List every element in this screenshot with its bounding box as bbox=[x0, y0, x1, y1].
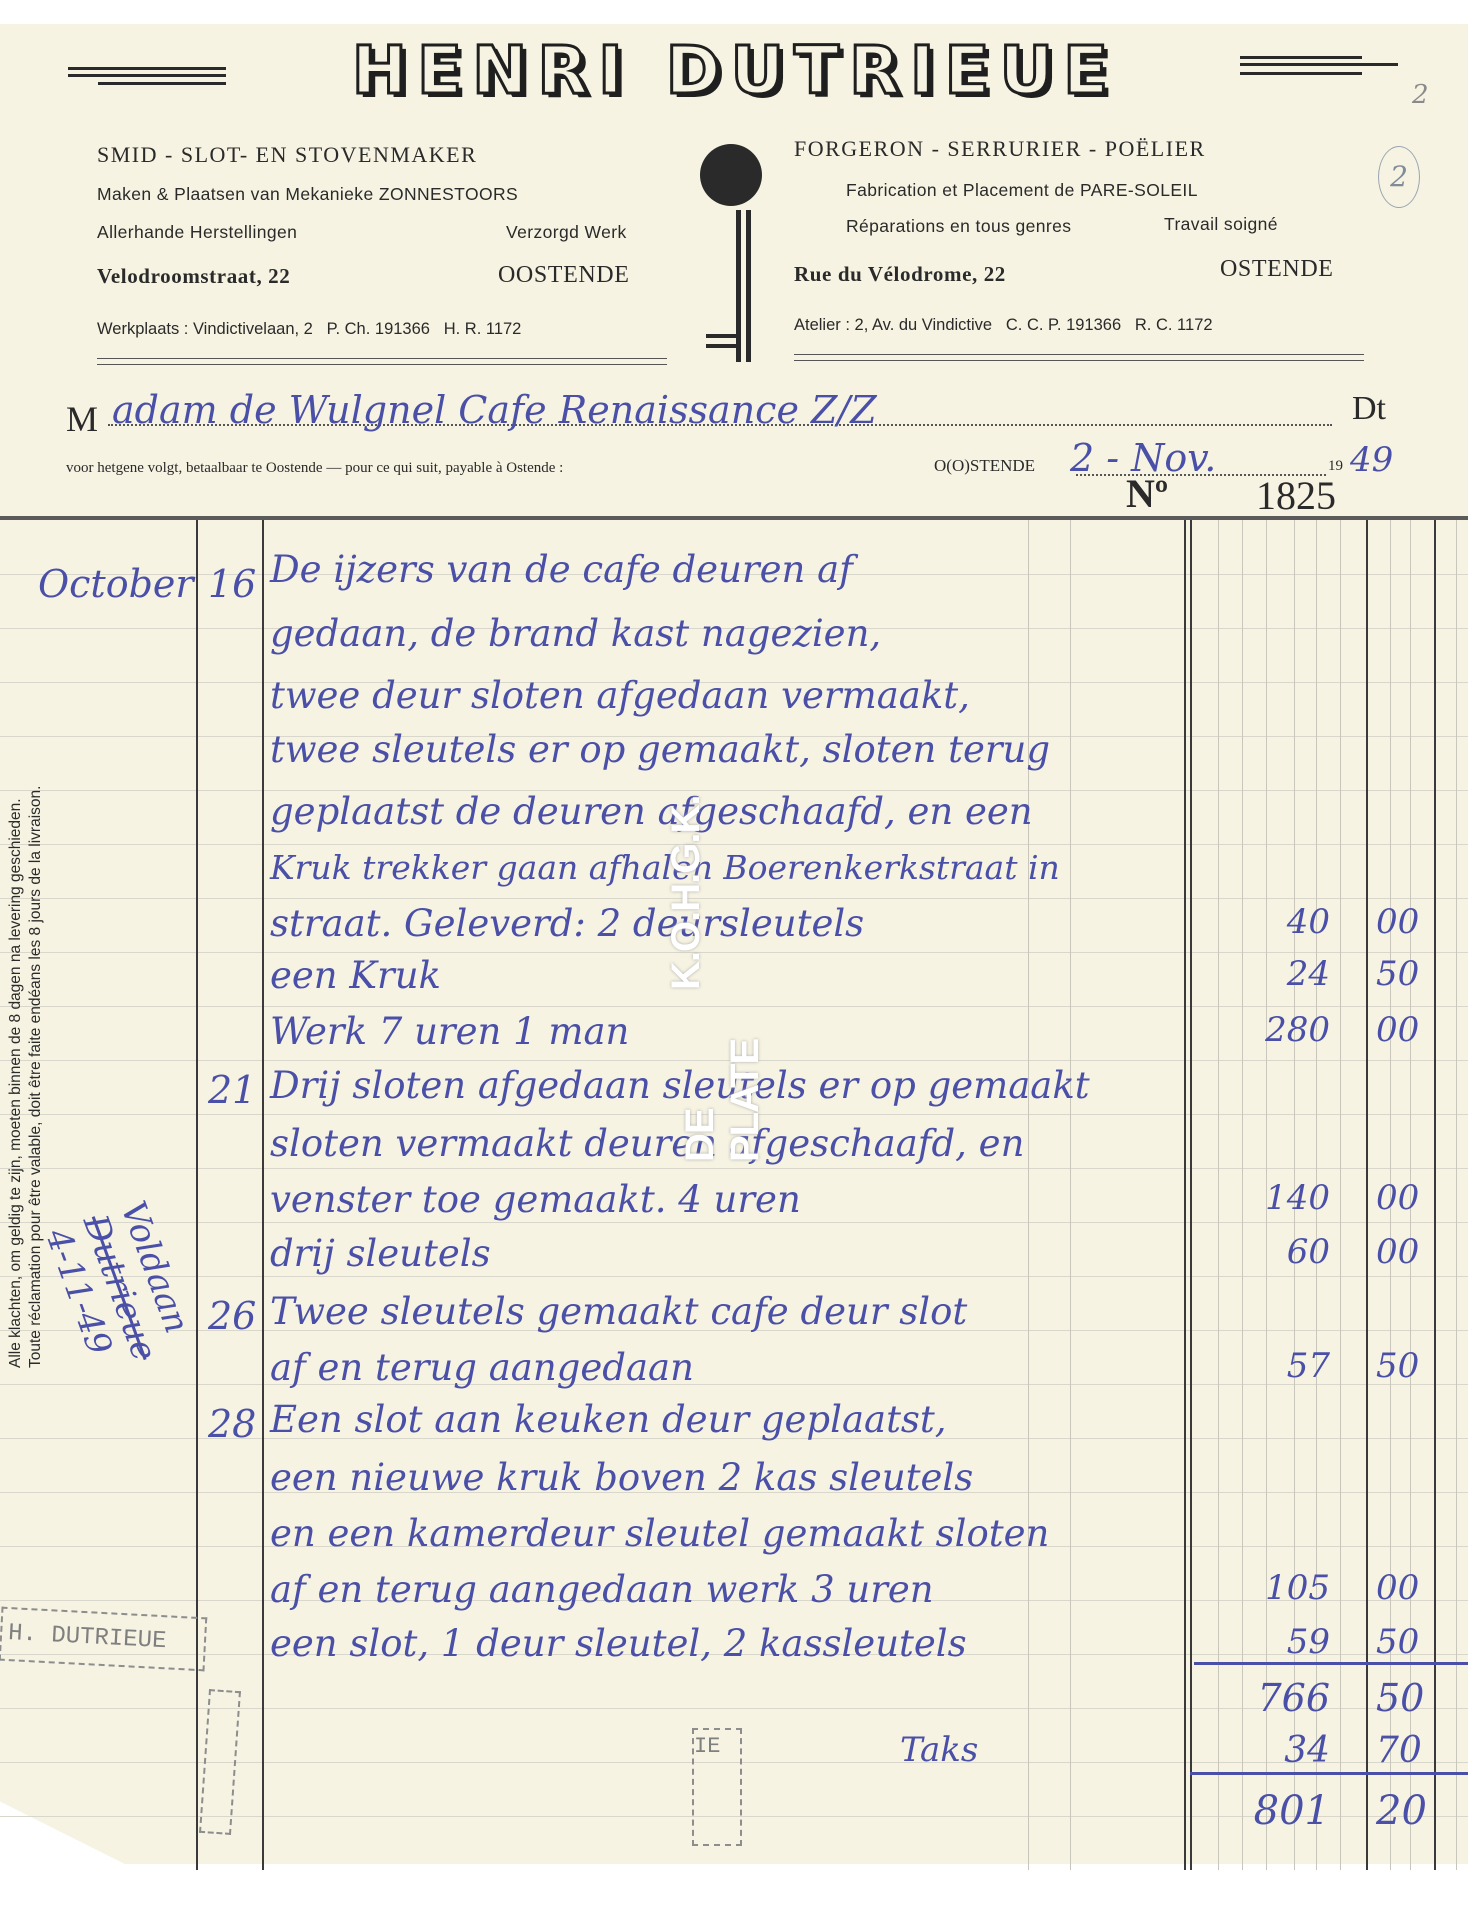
amount-cents: 00 bbox=[1376, 1568, 1419, 1608]
nl-workshop: Werkplaats : Vindictivelaan, 2 P. Ch. 19… bbox=[97, 320, 521, 339]
fr-address: Rue du Vélodrome, 22 bbox=[794, 262, 1006, 287]
amount-cents: 00 bbox=[1376, 1178, 1419, 1218]
col-divider-amount bbox=[1184, 520, 1186, 1870]
nl-line2-right: Verzorgd Werk bbox=[506, 222, 627, 243]
amount-francs: 59 bbox=[1200, 1622, 1330, 1662]
line-text: Een slot aan keuken deur geplaatst, bbox=[270, 1398, 947, 1441]
number-label: Nº bbox=[1126, 470, 1168, 517]
month-label: October bbox=[38, 562, 194, 606]
col-divider-day bbox=[262, 520, 264, 1870]
total-rule bbox=[1190, 1772, 1468, 1775]
amount-francs: 57 bbox=[1200, 1346, 1330, 1386]
line-text: De ijzers van de cafe deuren af bbox=[270, 548, 853, 591]
fr-city: OSTENDE bbox=[1220, 256, 1334, 283]
amount-cents: 00 bbox=[1376, 1010, 1419, 1050]
watermark-line2: DE PLATE bbox=[678, 1012, 768, 1162]
amount-francs: 280 bbox=[1200, 1010, 1330, 1050]
subtotal-rule bbox=[1194, 1662, 1468, 1665]
line-text: af en terug aangedaan werk 3 uren bbox=[270, 1568, 934, 1611]
company-stamp: H. DUTRIEUE bbox=[0, 1607, 207, 1672]
subtotal-cents: 50 bbox=[1376, 1676, 1424, 1720]
tax-label: Taks bbox=[900, 1730, 978, 1770]
line-day: 28 bbox=[208, 1402, 256, 1446]
key-logo-bit bbox=[706, 334, 738, 338]
key-logo-shaft bbox=[736, 210, 741, 362]
line-text: twee sleutels er op gemaakt, sloten teru… bbox=[270, 728, 1050, 771]
amount-cents: 50 bbox=[1376, 954, 1419, 994]
amount-cents: 50 bbox=[1376, 1622, 1419, 1662]
dt-label: Dt bbox=[1352, 390, 1386, 428]
line-text: Twee sleutels gemaakt cafe deur slot bbox=[270, 1290, 967, 1333]
line-text: geplaatst de deuren afgeschaafd, en een bbox=[270, 790, 1033, 833]
line-text: drij sleutels bbox=[270, 1232, 491, 1275]
nl-line2-left: Allerhande Herstellingen bbox=[97, 222, 297, 243]
nl-city: OOSTENDE bbox=[498, 262, 629, 289]
payable-text: voor hetgene volgt, betaalbaar te Oosten… bbox=[66, 460, 563, 477]
line-day: 16 bbox=[208, 562, 256, 606]
fr-line2-left: Réparations en tous genres bbox=[846, 216, 1071, 237]
line-text: sloten vermaakt deuren afgeschaafd, en bbox=[270, 1122, 1024, 1165]
fr-workshop: Atelier : 2, Av. du Vindictive C. C. P. … bbox=[794, 316, 1213, 335]
line-text: een nieuwe kruk boven 2 kas sleutels bbox=[270, 1456, 973, 1499]
amount-cents: 00 bbox=[1376, 1232, 1419, 1272]
key-logo-icon bbox=[700, 144, 762, 206]
complaints-notice: Alle klachten, om geldig te zijn, moeten… bbox=[6, 786, 46, 1368]
key-logo-bit-2 bbox=[706, 344, 738, 348]
line-day: 26 bbox=[208, 1294, 256, 1338]
line-text: af en terug aangedaan bbox=[270, 1346, 694, 1389]
nl-rule bbox=[97, 358, 667, 365]
amount-francs: 60 bbox=[1200, 1232, 1330, 1272]
line-text: gedaan, de brand kast nagezien, bbox=[270, 612, 881, 655]
company-name: HENRI DUTRIEUE bbox=[300, 32, 1170, 109]
amount-francs: 105 bbox=[1200, 1568, 1330, 1608]
nl-line1: Maken & Plaatsen van Mekanieke ZONNESTOO… bbox=[97, 184, 667, 205]
customer-name: adam de Wulgnel Cafe Renaissance Z/Z bbox=[112, 388, 877, 432]
fr-trade: FORGERON - SERRURIER - POËLIER bbox=[794, 136, 1206, 162]
subtotal-francs: 766 bbox=[1200, 1676, 1330, 1720]
total-cents: 20 bbox=[1376, 1788, 1427, 1834]
complaints-notice-nl: Alle klachten, om geldig te zijn, moeten… bbox=[6, 786, 26, 1368]
fr-rule bbox=[794, 354, 1364, 361]
amount-cents: 00 bbox=[1376, 902, 1419, 942]
fr-line1: Fabrication et Placement de PARE-SOLEIL bbox=[846, 180, 1198, 201]
circled-page-number: 2 bbox=[1378, 146, 1420, 208]
total-francs: 801 bbox=[1200, 1788, 1330, 1834]
line-text: venster toe gemaakt. 4 uren bbox=[270, 1178, 801, 1221]
tax-cents: 70 bbox=[1376, 1730, 1422, 1771]
amount-francs: 140 bbox=[1200, 1178, 1330, 1218]
col-divider-right bbox=[1434, 520, 1436, 1870]
place-label: O(O)STENDE bbox=[934, 456, 1035, 476]
complaints-notice-fr: Toute réclamation pour être valable, doi… bbox=[26, 786, 46, 1368]
nl-trade: SMID - SLOT- EN STOVENMAKER bbox=[97, 142, 477, 168]
nl-address: Velodroomstraat, 22 bbox=[97, 264, 290, 289]
line-day: 21 bbox=[208, 1068, 256, 1112]
invoice-number: 1825 bbox=[1256, 472, 1336, 519]
tax-francs: 34 bbox=[1200, 1730, 1330, 1771]
amount-cents: 50 bbox=[1376, 1346, 1419, 1386]
watermark-line1: K.O.H.G.K. bbox=[664, 820, 709, 990]
m-prefix: M bbox=[66, 398, 98, 440]
line-text: straat. Geleverd: 2 deursleutels bbox=[270, 902, 864, 945]
fr-line2-right: Travail soigné bbox=[1164, 214, 1278, 235]
line-text: Werk 7 uren 1 man bbox=[270, 1010, 629, 1053]
pencil-mark-top: 2 bbox=[1412, 80, 1429, 110]
key-logo-shaft-2 bbox=[746, 210, 751, 362]
amount-francs: 40 bbox=[1200, 902, 1330, 942]
ledger-top-rule bbox=[0, 516, 1468, 520]
line-text: en een kamerdeur sleutel gemaakt sloten bbox=[270, 1512, 1049, 1555]
line-text: twee deur sloten afgedaan vermaakt, bbox=[270, 674, 970, 717]
line-text: een Kruk bbox=[270, 954, 441, 997]
col-divider-cents bbox=[1366, 520, 1368, 1870]
line-text: een slot, 1 deur sleutel, 2 kassleutels bbox=[270, 1622, 967, 1665]
stamp-fragment-2: IE bbox=[692, 1728, 742, 1846]
amount-francs: 24 bbox=[1200, 954, 1330, 994]
year-suffix: 49 bbox=[1350, 440, 1393, 480]
